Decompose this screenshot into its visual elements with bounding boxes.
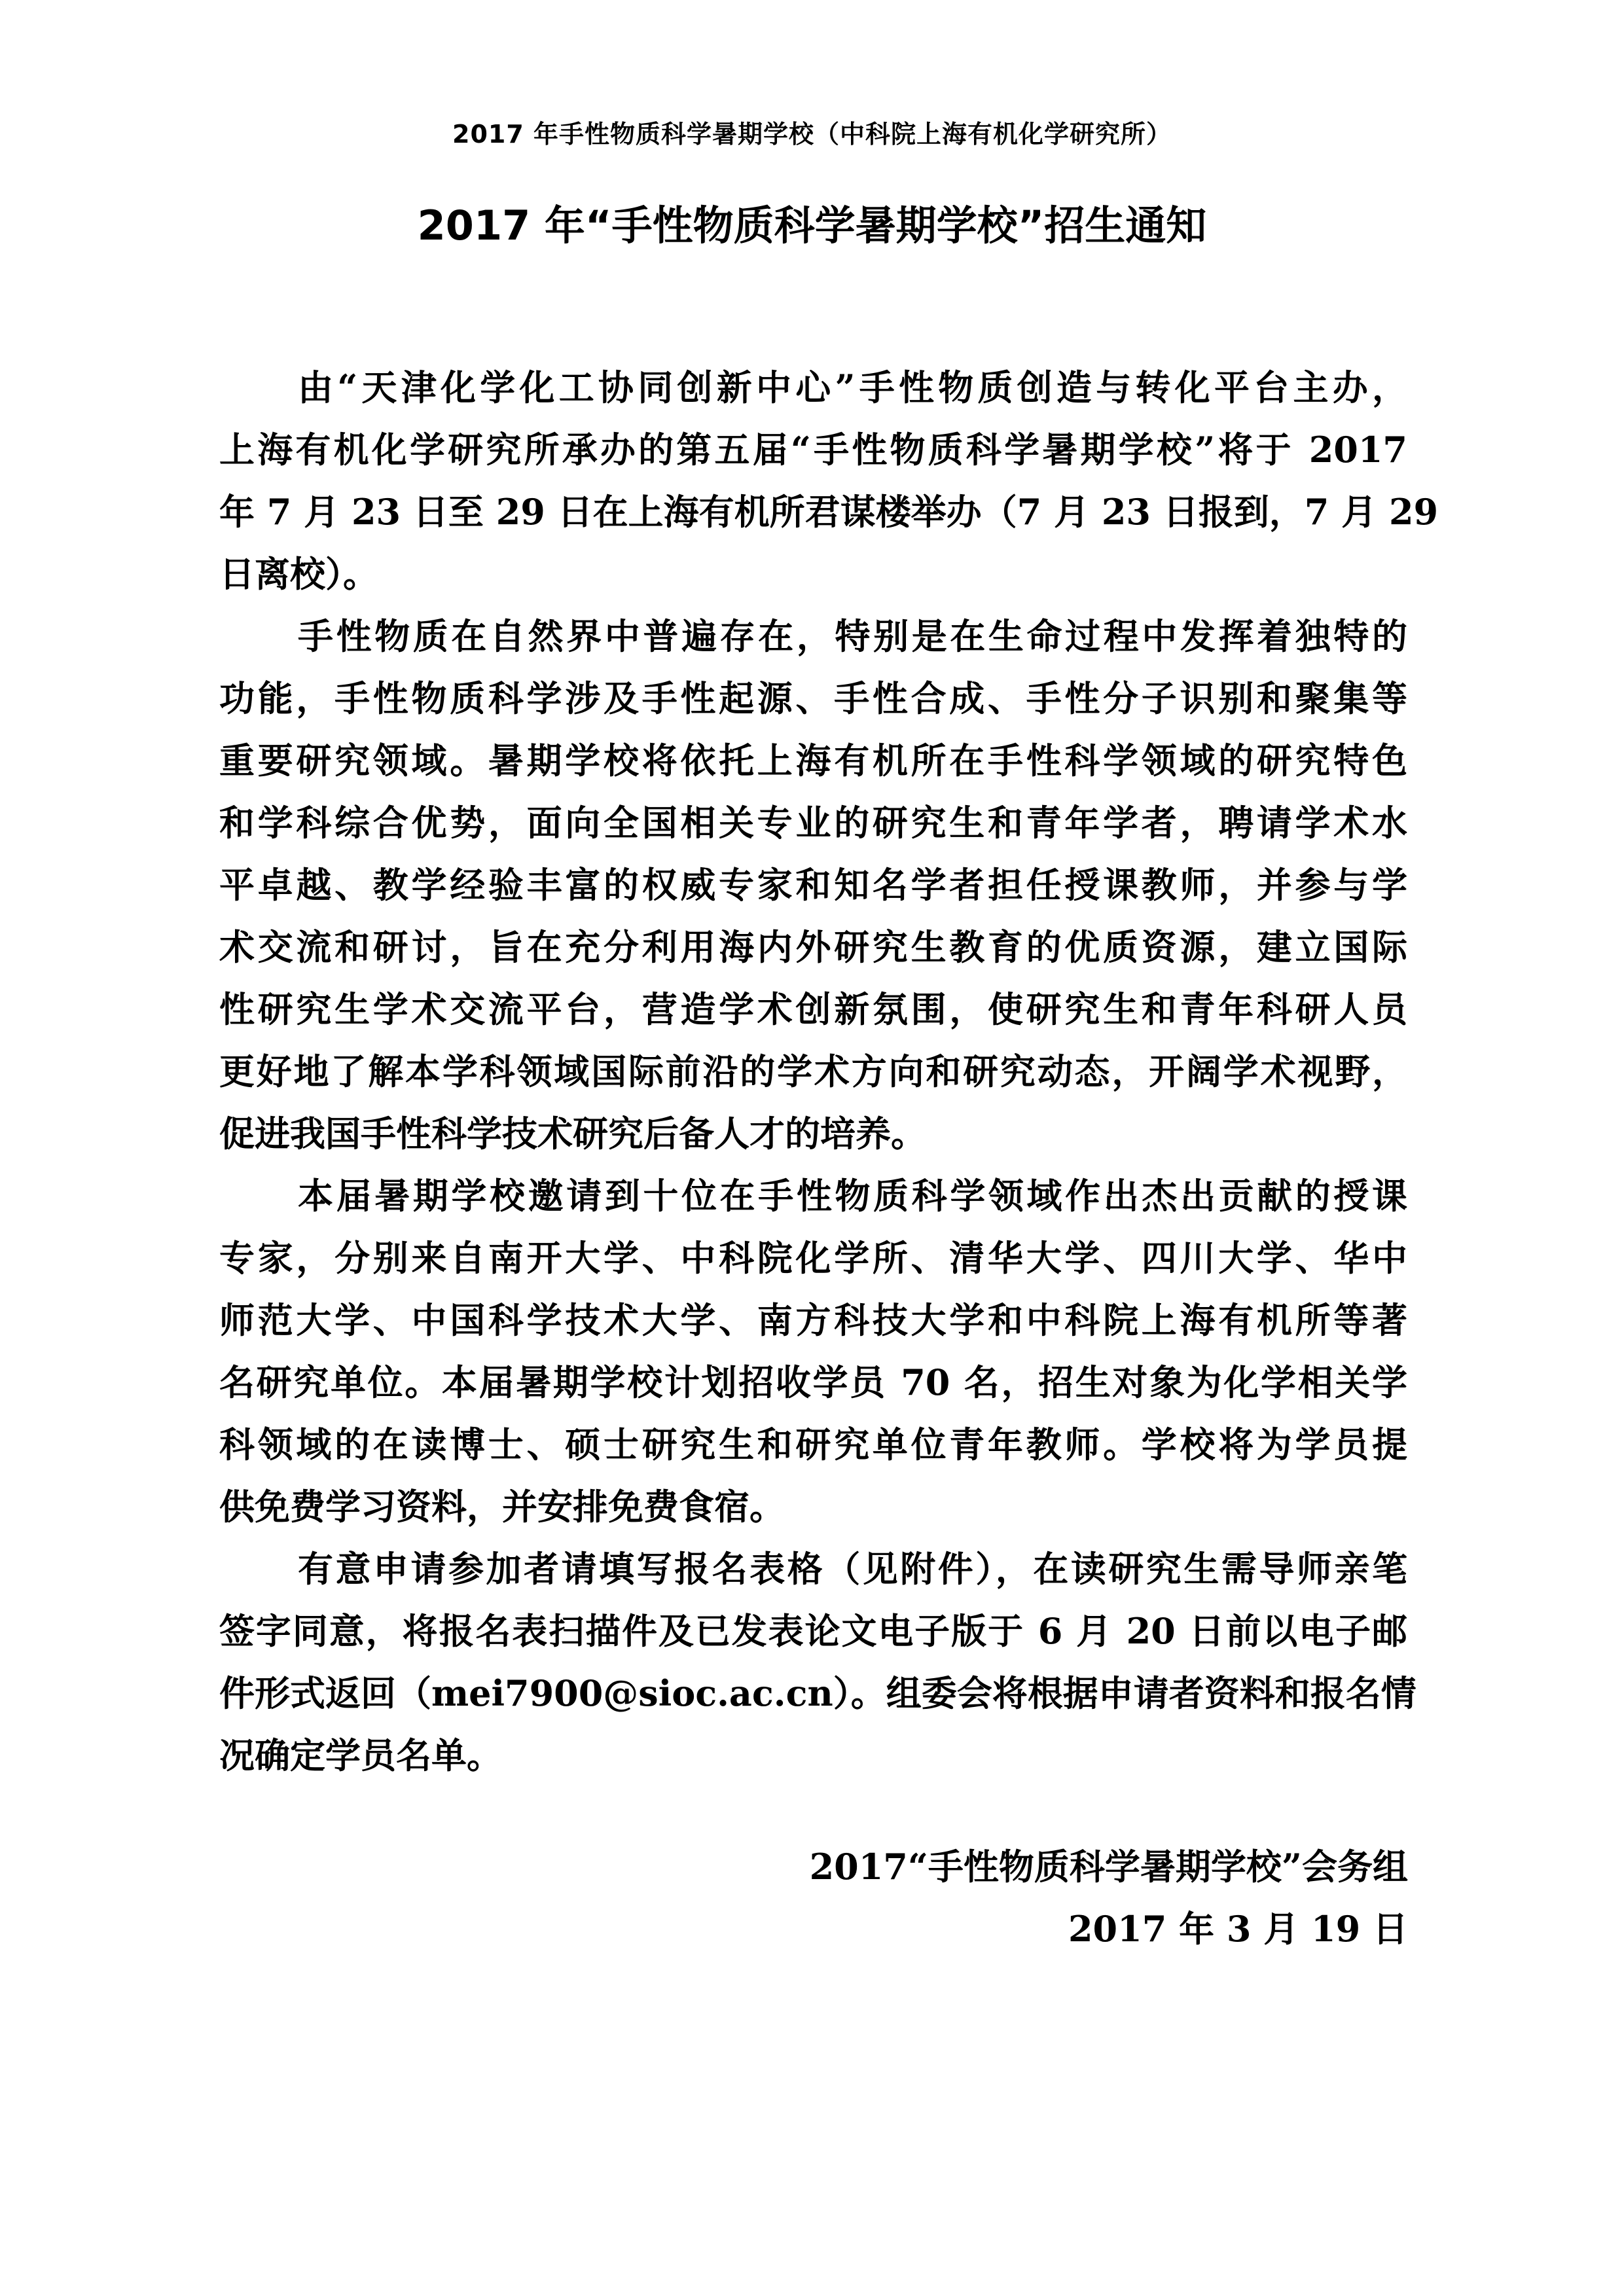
document-title: 2017 年“手性物质科学暑期学校”招生通知 — [0, 200, 1624, 252]
paragraph-2: 手性物质在自然界中普遍存在，特别是在生命过程中发挥着独特的 功能，手性物质科学涉… — [219, 605, 1407, 1165]
paragraph-3: 本届暑期学校邀请到十位在手性物质科学领域作出杰出贡献的授课 专家，分别来自南开大… — [219, 1165, 1407, 1538]
paragraph-line: 由“天津化学化工协同创新中心”手性物质创造与转化平台主办， — [219, 357, 1407, 419]
issue-date: 2017 年 3 月 19 日 — [810, 1898, 1408, 1960]
paragraph-line: 上海有机化学研究所承办的第五届“手性物质科学暑期学校”将于 2017 — [219, 419, 1407, 481]
paragraph-line: 师范大学、中国科学技术大学、南方科技大学和中科院上海有机所等著 — [219, 1289, 1407, 1352]
paragraph-4: 有意申请参加者请填写报名表格（见附件），在读研究生需导师亲笔 签字同意，将报名表… — [219, 1538, 1407, 1787]
paragraph-line: 科领域的在读博士、硕士研究生和研究单位青年教师。学校将为学员提 — [219, 1414, 1407, 1476]
paragraph-line: 性研究生学术交流平台，营造学术创新氛围，使研究生和青年科研人员 — [219, 978, 1407, 1041]
paragraph-line: 年 7 月 23 日至 29 日在上海有机所君谋楼举办（7 月 23 日报到，7… — [219, 481, 1407, 543]
organizer-name: 2017“手性物质科学暑期学校”会务组 — [810, 1836, 1408, 1898]
paragraph-line: 功能，手性物质科学涉及手性起源、手性合成、手性分子识别和聚集等 — [219, 668, 1407, 730]
paragraph-line: 和学科综合优势，面向全国相关专业的研究生和青年学者，聘请学术水 — [219, 792, 1407, 854]
paragraph-line: 签字同意，将报名表扫描件及已发表论文电子版于 6 月 20 日前以电子邮 — [219, 1600, 1407, 1662]
paragraph-1: 由“天津化学化工协同创新中心”手性物质创造与转化平台主办， 上海有机化学研究所承… — [219, 357, 1407, 605]
paragraph-line: 本届暑期学校邀请到十位在手性物质科学领域作出杰出贡献的授课 — [219, 1165, 1407, 1227]
document-body: 由“天津化学化工协同创新中心”手性物质创造与转化平台主办， 上海有机化学研究所承… — [219, 357, 1407, 1787]
paragraph-line: 术交流和研讨，旨在充分利用海内外研究生教育的优质资源，建立国际 — [219, 916, 1407, 978]
paragraph-line: 促进我国手性科学技术研究后备人才的培养。 — [219, 1103, 1407, 1165]
running-header: 2017 年手性物质科学暑期学校（中科院上海有机化学研究所） — [0, 118, 1624, 151]
paragraph-line: 重要研究领域。暑期学校将依托上海有机所在手性科学领域的研究特色 — [219, 730, 1407, 792]
signature-block: 2017“手性物质科学暑期学校”会务组 2017 年 3 月 19 日 — [810, 1836, 1408, 1960]
paragraph-line: 供免费学习资料，并安排免费食宿。 — [219, 1476, 1407, 1538]
paragraph-line: 日离校）。 — [219, 543, 1407, 605]
paragraph-line: 名研究单位。本届暑期学校计划招收学员 70 名，招生对象为化学相关学 — [219, 1352, 1407, 1414]
paragraph-line: 手性物质在自然界中普遍存在，特别是在生命过程中发挥着独特的 — [219, 605, 1407, 668]
paragraph-line: 件形式返回（mei7900@sioc.ac.cn）。组委会将根据申请者资料和报名… — [219, 1662, 1407, 1725]
paragraph-line: 况确定学员名单。 — [219, 1725, 1407, 1787]
paragraph-line: 更好地了解本学科领域国际前沿的学术方向和研究动态，开阔学术视野， — [219, 1041, 1407, 1103]
paragraph-line: 平卓越、教学经验丰富的权威专家和知名学者担任授课教师，并参与学 — [219, 854, 1407, 916]
paragraph-line: 专家，分别来自南开大学、中科院化学所、清华大学、四川大学、华中 — [219, 1227, 1407, 1289]
paragraph-line: 有意申请参加者请填写报名表格（见附件），在读研究生需导师亲笔 — [219, 1538, 1407, 1600]
